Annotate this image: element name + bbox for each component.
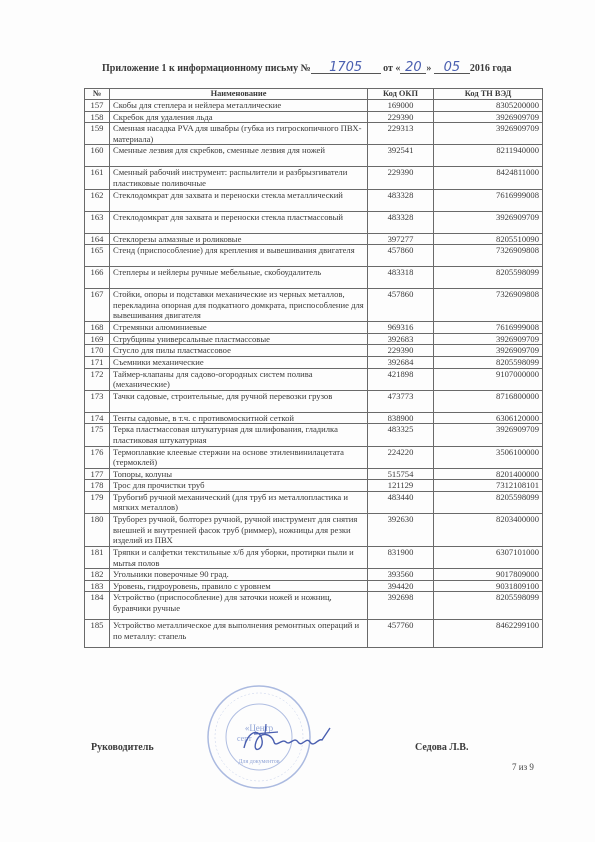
title-prefix: Приложение 1 к информационному письму № (102, 63, 311, 74)
table-row: 160Сменные лезвия для скребков, сменные … (85, 145, 543, 167)
row-tnved-code: 9017809000 (434, 569, 543, 581)
row-number: 170 (85, 345, 110, 357)
row-number: 184 (85, 592, 110, 620)
row-name: Термоплавкие клеевые стержни на основе э… (110, 446, 368, 468)
row-okp-code: 483328 (368, 211, 434, 233)
row-number: 159 (85, 123, 110, 145)
row-name: Таймер-клапаны для садово-огородных сист… (110, 368, 368, 390)
row-number: 166 (85, 267, 110, 289)
row-number: 164 (85, 233, 110, 245)
table-row: 169Струбцины универсальные пластмассовые… (85, 333, 543, 345)
row-name: Сменная насадка PVA для швабры (губка из… (110, 123, 368, 145)
handwritten-signature (238, 720, 338, 760)
row-name: Сменный рабочий инструмент: распылители … (110, 167, 368, 189)
row-okp-code: 515754 (368, 468, 434, 480)
row-number: 158 (85, 111, 110, 123)
row-number: 185 (85, 620, 110, 648)
letter-day: 20 (400, 62, 426, 74)
row-okp-code: 483325 (368, 424, 434, 446)
row-name: Скобы для степлера и нейлера металлическ… (110, 100, 368, 112)
row-tnved-code: 8205598099 (434, 267, 543, 289)
document-title: Приложение 1 к информационному письму №1… (102, 62, 562, 74)
row-name: Тенты садовые, в т.ч. с противомоскитной… (110, 412, 368, 424)
from-label: от « (383, 63, 400, 74)
year-suffix: 2016 года (470, 63, 512, 74)
row-okp-code: 421898 (368, 368, 434, 390)
quote-close: » (426, 63, 431, 74)
row-number: 179 (85, 491, 110, 513)
row-number: 167 (85, 289, 110, 322)
row-tnved-code: 3926909709 (434, 123, 543, 145)
row-name: Степлеры и нейлеры ручные мебельные, ско… (110, 267, 368, 289)
row-tnved-code: 3926909709 (434, 424, 543, 446)
position-label: Руководитель (91, 742, 154, 753)
row-tnved-code: 8716800000 (434, 390, 543, 412)
table-row: 171Съемники механические3926848205598099 (85, 356, 543, 368)
table-row: 168Стремянки алюминиевые9693167616999008 (85, 322, 543, 334)
row-number: 172 (85, 368, 110, 390)
row-okp-code: 457860 (368, 289, 434, 322)
row-name: Стенд (приспособление) для крепления и в… (110, 245, 368, 267)
row-okp-code: 483440 (368, 491, 434, 513)
row-tnved-code: 9107000000 (434, 368, 543, 390)
row-tnved-code: 8205510090 (434, 233, 543, 245)
row-tnved-code: 8424811000 (434, 167, 543, 189)
row-tnved-code: 8205598099 (434, 592, 543, 620)
row-okp-code: 457860 (368, 245, 434, 267)
signer-name: Седова Л.В. (415, 742, 468, 753)
row-okp-code: 229390 (368, 111, 434, 123)
products-table: № Наименование Код ОКП Код ТН ВЭД 157Ско… (84, 88, 543, 648)
table-row: 159Сменная насадка PVA для швабры (губка… (85, 123, 543, 145)
row-tnved-code: 3926909709 (434, 211, 543, 233)
row-okp-code: 473773 (368, 390, 434, 412)
row-name: Стеклодомкрат для захвата и переноски ст… (110, 211, 368, 233)
col-header-okp: Код ОКП (368, 89, 434, 100)
row-tnved-code: 6306120000 (434, 412, 543, 424)
row-number: 180 (85, 514, 110, 547)
row-name: Стойки, опоры и подставки механические и… (110, 289, 368, 322)
letter-number: 1705 (311, 62, 381, 74)
row-okp-code: 483318 (368, 267, 434, 289)
row-okp-code: 392698 (368, 592, 434, 620)
row-okp-code: 169000 (368, 100, 434, 112)
row-number: 175 (85, 424, 110, 446)
table-row: 181Тряпки и салфетки текстильные х/б для… (85, 547, 543, 569)
row-okp-code: 394420 (368, 580, 434, 592)
row-name: Скребок для удаления льда (110, 111, 368, 123)
table-row: 185Устройство металлическое для выполнен… (85, 620, 543, 648)
col-header-tnved: Код ТН ВЭД (434, 89, 543, 100)
row-name: Стремянки алюминиевые (110, 322, 368, 334)
row-tnved-code: 8203400000 (434, 514, 543, 547)
row-tnved-code: 3926909709 (434, 111, 543, 123)
table-body: 157Скобы для степлера и нейлера металлич… (85, 100, 543, 648)
row-name: Струбцины универсальные пластмассовые (110, 333, 368, 345)
table-row: 179Трубогиб ручной механический (для тру… (85, 491, 543, 513)
row-tnved-code: 8201400000 (434, 468, 543, 480)
table-row: 184Устройство (приспособление) для заточ… (85, 592, 543, 620)
row-number: 174 (85, 412, 110, 424)
row-number: 183 (85, 580, 110, 592)
letter-month: 05 (434, 62, 470, 74)
table-row: 174Тенты садовые, в т.ч. с противомоскит… (85, 412, 543, 424)
row-name: Стусло для пилы пластмассовое (110, 345, 368, 357)
table-row: 170Стусло для пилы пластмассовое22939039… (85, 345, 543, 357)
row-okp-code: 969316 (368, 322, 434, 334)
table-row: 163Стеклодомкрат для захвата и переноски… (85, 211, 543, 233)
row-tnved-code: 9031809100 (434, 580, 543, 592)
row-okp-code: 393560 (368, 569, 434, 581)
row-okp-code: 483328 (368, 189, 434, 211)
table-row: 182Угольники поверочные 90 град.39356090… (85, 569, 543, 581)
row-number: 163 (85, 211, 110, 233)
row-number: 169 (85, 333, 110, 345)
table-row: 177Топоры, колуны5157548201400000 (85, 468, 543, 480)
row-name: Стеклорезы алмазные и роликовые (110, 233, 368, 245)
row-okp-code: 229390 (368, 167, 434, 189)
row-name: Топоры, колуны (110, 468, 368, 480)
row-name: Сменные лезвия для скребков, сменные лез… (110, 145, 368, 167)
table-header-row: № Наименование Код ОКП Код ТН ВЭД (85, 89, 543, 100)
row-tnved-code: 7616999008 (434, 189, 543, 211)
row-okp-code: 121129 (368, 480, 434, 492)
row-okp-code: 397277 (368, 233, 434, 245)
row-number: 176 (85, 446, 110, 468)
table-row: 164Стеклорезы алмазные и роликовые397277… (85, 233, 543, 245)
table-row: 173Тачки садовые, строительные, для ручн… (85, 390, 543, 412)
row-name: Труборез ручной, болторез ручной, ручной… (110, 514, 368, 547)
row-tnved-code: 3926909709 (434, 333, 543, 345)
row-name: Терка пластмассовая штукатурная для шлиф… (110, 424, 368, 446)
row-number: 177 (85, 468, 110, 480)
row-name: Трос для прочистки труб (110, 480, 368, 492)
row-tnved-code: 8305200000 (434, 100, 543, 112)
row-number: 157 (85, 100, 110, 112)
row-name: Трубогиб ручной механический (для труб и… (110, 491, 368, 513)
row-okp-code: 457760 (368, 620, 434, 648)
document-page: Приложение 1 к информационному письму №1… (0, 0, 595, 842)
row-number: 162 (85, 189, 110, 211)
row-name: Угольники поверочные 90 град. (110, 569, 368, 581)
col-header-number: № (85, 89, 110, 100)
row-number: 161 (85, 167, 110, 189)
table-row: 175Терка пластмассовая штукатурная для ш… (85, 424, 543, 446)
table-row: 180Труборез ручной, болторез ручной, руч… (85, 514, 543, 547)
table-row: 178Трос для прочистки труб12112973121081… (85, 480, 543, 492)
row-tnved-code: 8462299100 (434, 620, 543, 648)
table-row: 158Скребок для удаления льда229390392690… (85, 111, 543, 123)
table-row: 167Стойки, опоры и подставки механически… (85, 289, 543, 322)
row-tnved-code: 8205598099 (434, 491, 543, 513)
row-name: Тачки садовые, строительные, для ручной … (110, 390, 368, 412)
page-number: 7 из 9 (512, 762, 534, 772)
row-okp-code: 224220 (368, 446, 434, 468)
row-name: Стеклодомкрат для захвата и переноски ст… (110, 189, 368, 211)
row-number: 178 (85, 480, 110, 492)
table-row: 157Скобы для степлера и нейлера металлич… (85, 100, 543, 112)
row-okp-code: 392684 (368, 356, 434, 368)
row-okp-code: 831900 (368, 547, 434, 569)
row-tnved-code: 7312108101 (434, 480, 543, 492)
row-number: 181 (85, 547, 110, 569)
row-number: 160 (85, 145, 110, 167)
row-tnved-code: 3926909709 (434, 345, 543, 357)
row-tnved-code: 7326909808 (434, 245, 543, 267)
row-okp-code: 392683 (368, 333, 434, 345)
row-number: 171 (85, 356, 110, 368)
table-row: 166Степлеры и нейлеры ручные мебельные, … (85, 267, 543, 289)
row-number: 165 (85, 245, 110, 267)
row-name: Уровень, гидроуровень, правило с уровнем (110, 580, 368, 592)
row-tnved-code: 7326909808 (434, 289, 543, 322)
row-okp-code: 229313 (368, 123, 434, 145)
row-okp-code: 392541 (368, 145, 434, 167)
row-tnved-code: 3506100000 (434, 446, 543, 468)
table-row: 161Сменный рабочий инструмент: распылите… (85, 167, 543, 189)
table-row: 162Стеклодомкрат для захвата и переноски… (85, 189, 543, 211)
row-name: Съемники механические (110, 356, 368, 368)
table-row: 172Таймер-клапаны для садово-огородных с… (85, 368, 543, 390)
row-number: 173 (85, 390, 110, 412)
row-name: Тряпки и салфетки текстильные х/б для уб… (110, 547, 368, 569)
row-okp-code: 838900 (368, 412, 434, 424)
table-row: 183Уровень, гидроуровень, правило с уров… (85, 580, 543, 592)
col-header-name: Наименование (110, 89, 368, 100)
row-name: Устройство (приспособление) для заточки … (110, 592, 368, 620)
table-row: 165Стенд (приспособление) для крепления … (85, 245, 543, 267)
row-okp-code: 229390 (368, 345, 434, 357)
row-tnved-code: 7616999008 (434, 322, 543, 334)
row-name: Устройство металлическое для выполнения … (110, 620, 368, 648)
row-tnved-code: 8205598099 (434, 356, 543, 368)
row-tnved-code: 6307101000 (434, 547, 543, 569)
row-number: 182 (85, 569, 110, 581)
row-tnved-code: 8211940000 (434, 145, 543, 167)
row-okp-code: 392630 (368, 514, 434, 547)
row-number: 168 (85, 322, 110, 334)
table-row: 176Термоплавкие клеевые стержни на основ… (85, 446, 543, 468)
